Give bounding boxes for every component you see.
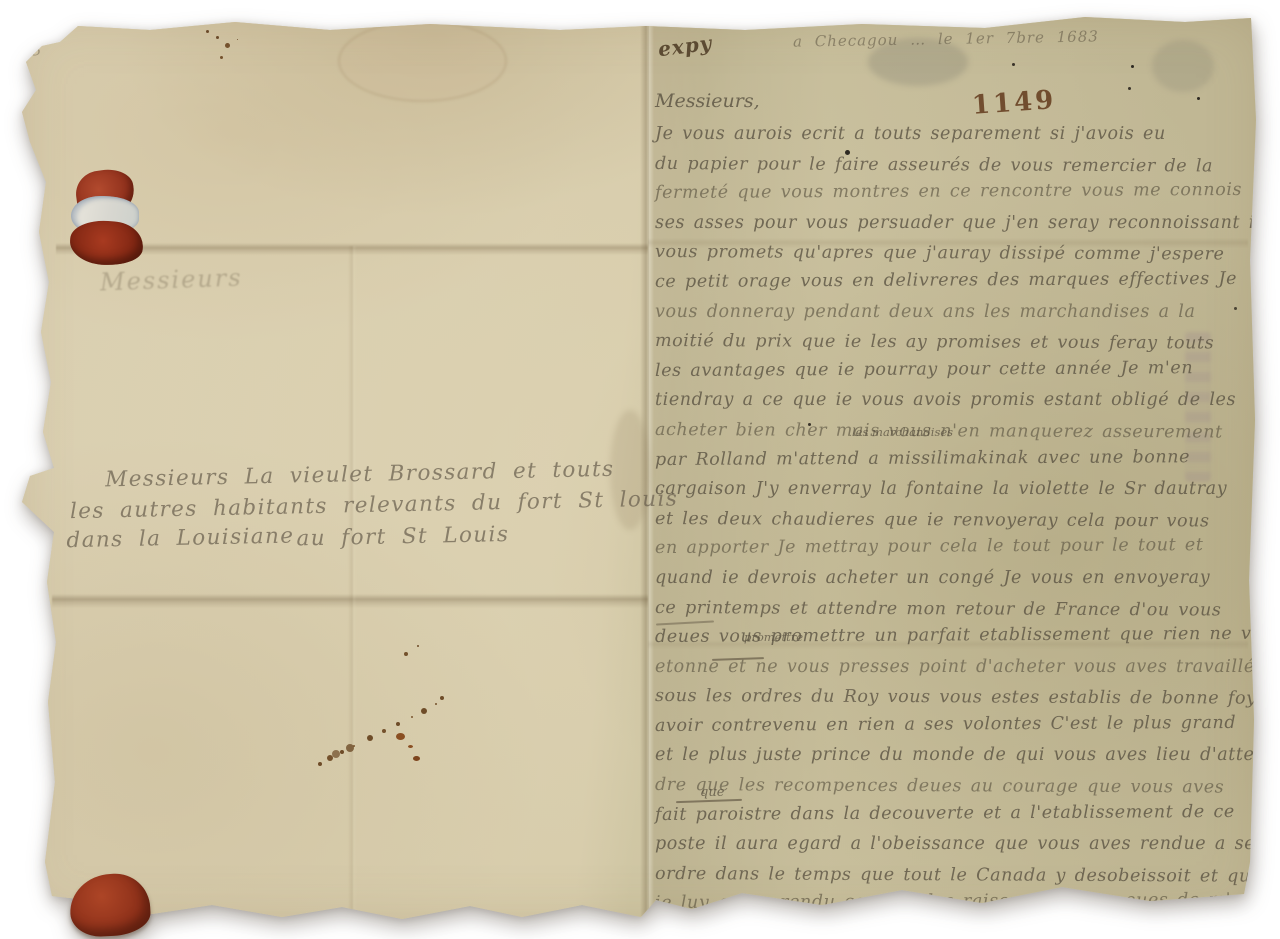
speck-trail-diagonal <box>318 762 322 766</box>
strikethrough-mark <box>712 657 764 661</box>
letter-line: ordre dans le temps que tout le Canada y… <box>655 860 1255 892</box>
letter-line: fait paroistre dans la decouverte et a l… <box>655 798 1255 831</box>
letter-line: ce printemps et attendre mon retour de F… <box>655 594 1255 626</box>
letter-line: sous les ordres du Roy vous vous estes e… <box>655 682 1255 714</box>
speck-trail-top-center <box>618 12 621 15</box>
expedition-notation: expy <box>657 31 714 61</box>
letter-line: dre que les recompences deues au courage… <box>655 771 1255 803</box>
interlinear-addition: les marchandises <box>852 425 953 439</box>
faint-archive-stamp <box>1185 332 1211 482</box>
letter-line: fermeté que vous montres en ce rencontre… <box>655 176 1255 209</box>
letter-line: poste il aura egard a l'obeissance que v… <box>655 830 1255 860</box>
letter-line: acheter bien cher mais vous n'en manquer… <box>655 416 1255 448</box>
ghost-showthrough-text: Messieurs <box>100 264 243 297</box>
manuscript-photo: 13 expy a Checagou … le 1er 7bre 1683 11… <box>0 0 1280 939</box>
strikethrough-mark <box>676 799 742 803</box>
letter-line: et le plus juste prince du monde de qui … <box>655 741 1255 771</box>
center-fold-crease <box>640 18 654 916</box>
letter-line: cargaison J'y enverray la fontaine la vi… <box>655 475 1255 505</box>
address-line: les autres habitants relevants du fort S… <box>70 487 670 525</box>
ink-specks-right-page <box>845 150 850 155</box>
letter-line: ie luy auray rendu compte des raisons qu… <box>655 886 1255 919</box>
letter-line: ses asses pour vous persuader que j'en s… <box>655 209 1255 239</box>
letter-line: vous promets qu'apres que j'auray dissip… <box>655 238 1255 270</box>
speck-trail-top-left <box>206 30 209 33</box>
letter-line: etonne et ne vous presses point d'achete… <box>655 653 1255 683</box>
letter-line: par Rolland m'attend a missilimakinak av… <box>655 442 1255 475</box>
interlinear-addition: promettre <box>744 630 803 644</box>
address-line: dans la Louisiane <box>66 516 666 554</box>
ink-smudge-top <box>868 38 968 86</box>
letter-line: du papier pour le faire asseurés de vous… <box>655 150 1255 182</box>
archive-number: 1149 <box>971 85 1057 121</box>
interlinear-addition: que <box>700 785 724 800</box>
horizontal-crease-lower-right <box>648 640 1248 649</box>
address-line: au fort St Louis <box>296 514 896 552</box>
rust-spots <box>396 733 405 740</box>
letter-line: et les deux chaudieres que ie renvoyeray… <box>655 505 1255 537</box>
address-panel: Messieurs La vieulet Brossard et touts l… <box>63 456 665 569</box>
horizontal-crease-lower-left <box>52 594 648 608</box>
fold-smudge <box>610 410 650 530</box>
corner-smudge <box>1152 40 1214 92</box>
letter-line: vous donneray pendant deux ans les march… <box>655 298 1255 328</box>
letter-paper: 13 expy a Checagou … le 1er 7bre 1683 11… <box>0 0 1280 939</box>
letter-line: quand ie devrois acheter un congé Je vou… <box>655 564 1255 594</box>
letter-line: moitié du prix que ie les ay promises et… <box>655 327 1255 359</box>
folio-number: 13 <box>20 40 42 62</box>
letter-body: Messieurs, Je vous aurois ecrit a touts … <box>655 90 1255 919</box>
water-stain <box>338 20 507 102</box>
letter-line: Je vous aurois ecrit a touts separement … <box>655 120 1255 150</box>
letter-line: tiendray a ce que ie vous avois promis e… <box>655 386 1255 416</box>
letter-line: deues vous promettre un parfait etabliss… <box>655 620 1255 653</box>
place-date-line: a Checagou … le 1er 7bre 1683 <box>793 27 1099 50</box>
letter-line: en apporter Je mettray pour cela le tout… <box>655 531 1255 564</box>
address-line: Messieurs La vieulet Brossard et touts <box>105 455 705 493</box>
right-page-tint <box>648 14 1256 920</box>
strikethrough-mark <box>656 620 714 625</box>
horizontal-crease-upper-right <box>648 238 1248 248</box>
letter-line: ce petit orage vous en delivreres des ma… <box>655 265 1255 298</box>
letter-line: avoir contrevenu en rien a ses volontes … <box>655 709 1255 742</box>
vertical-crease-left-page <box>348 246 357 914</box>
horizontal-crease-upper-left <box>56 243 648 255</box>
letter-line: les avantages que ie pourray pour cette … <box>655 354 1255 387</box>
paper-shadow-wrap: 13 expy a Checagou … le 1er 7bre 1683 11… <box>0 0 1280 939</box>
salutation: Messieurs, <box>655 90 1255 120</box>
